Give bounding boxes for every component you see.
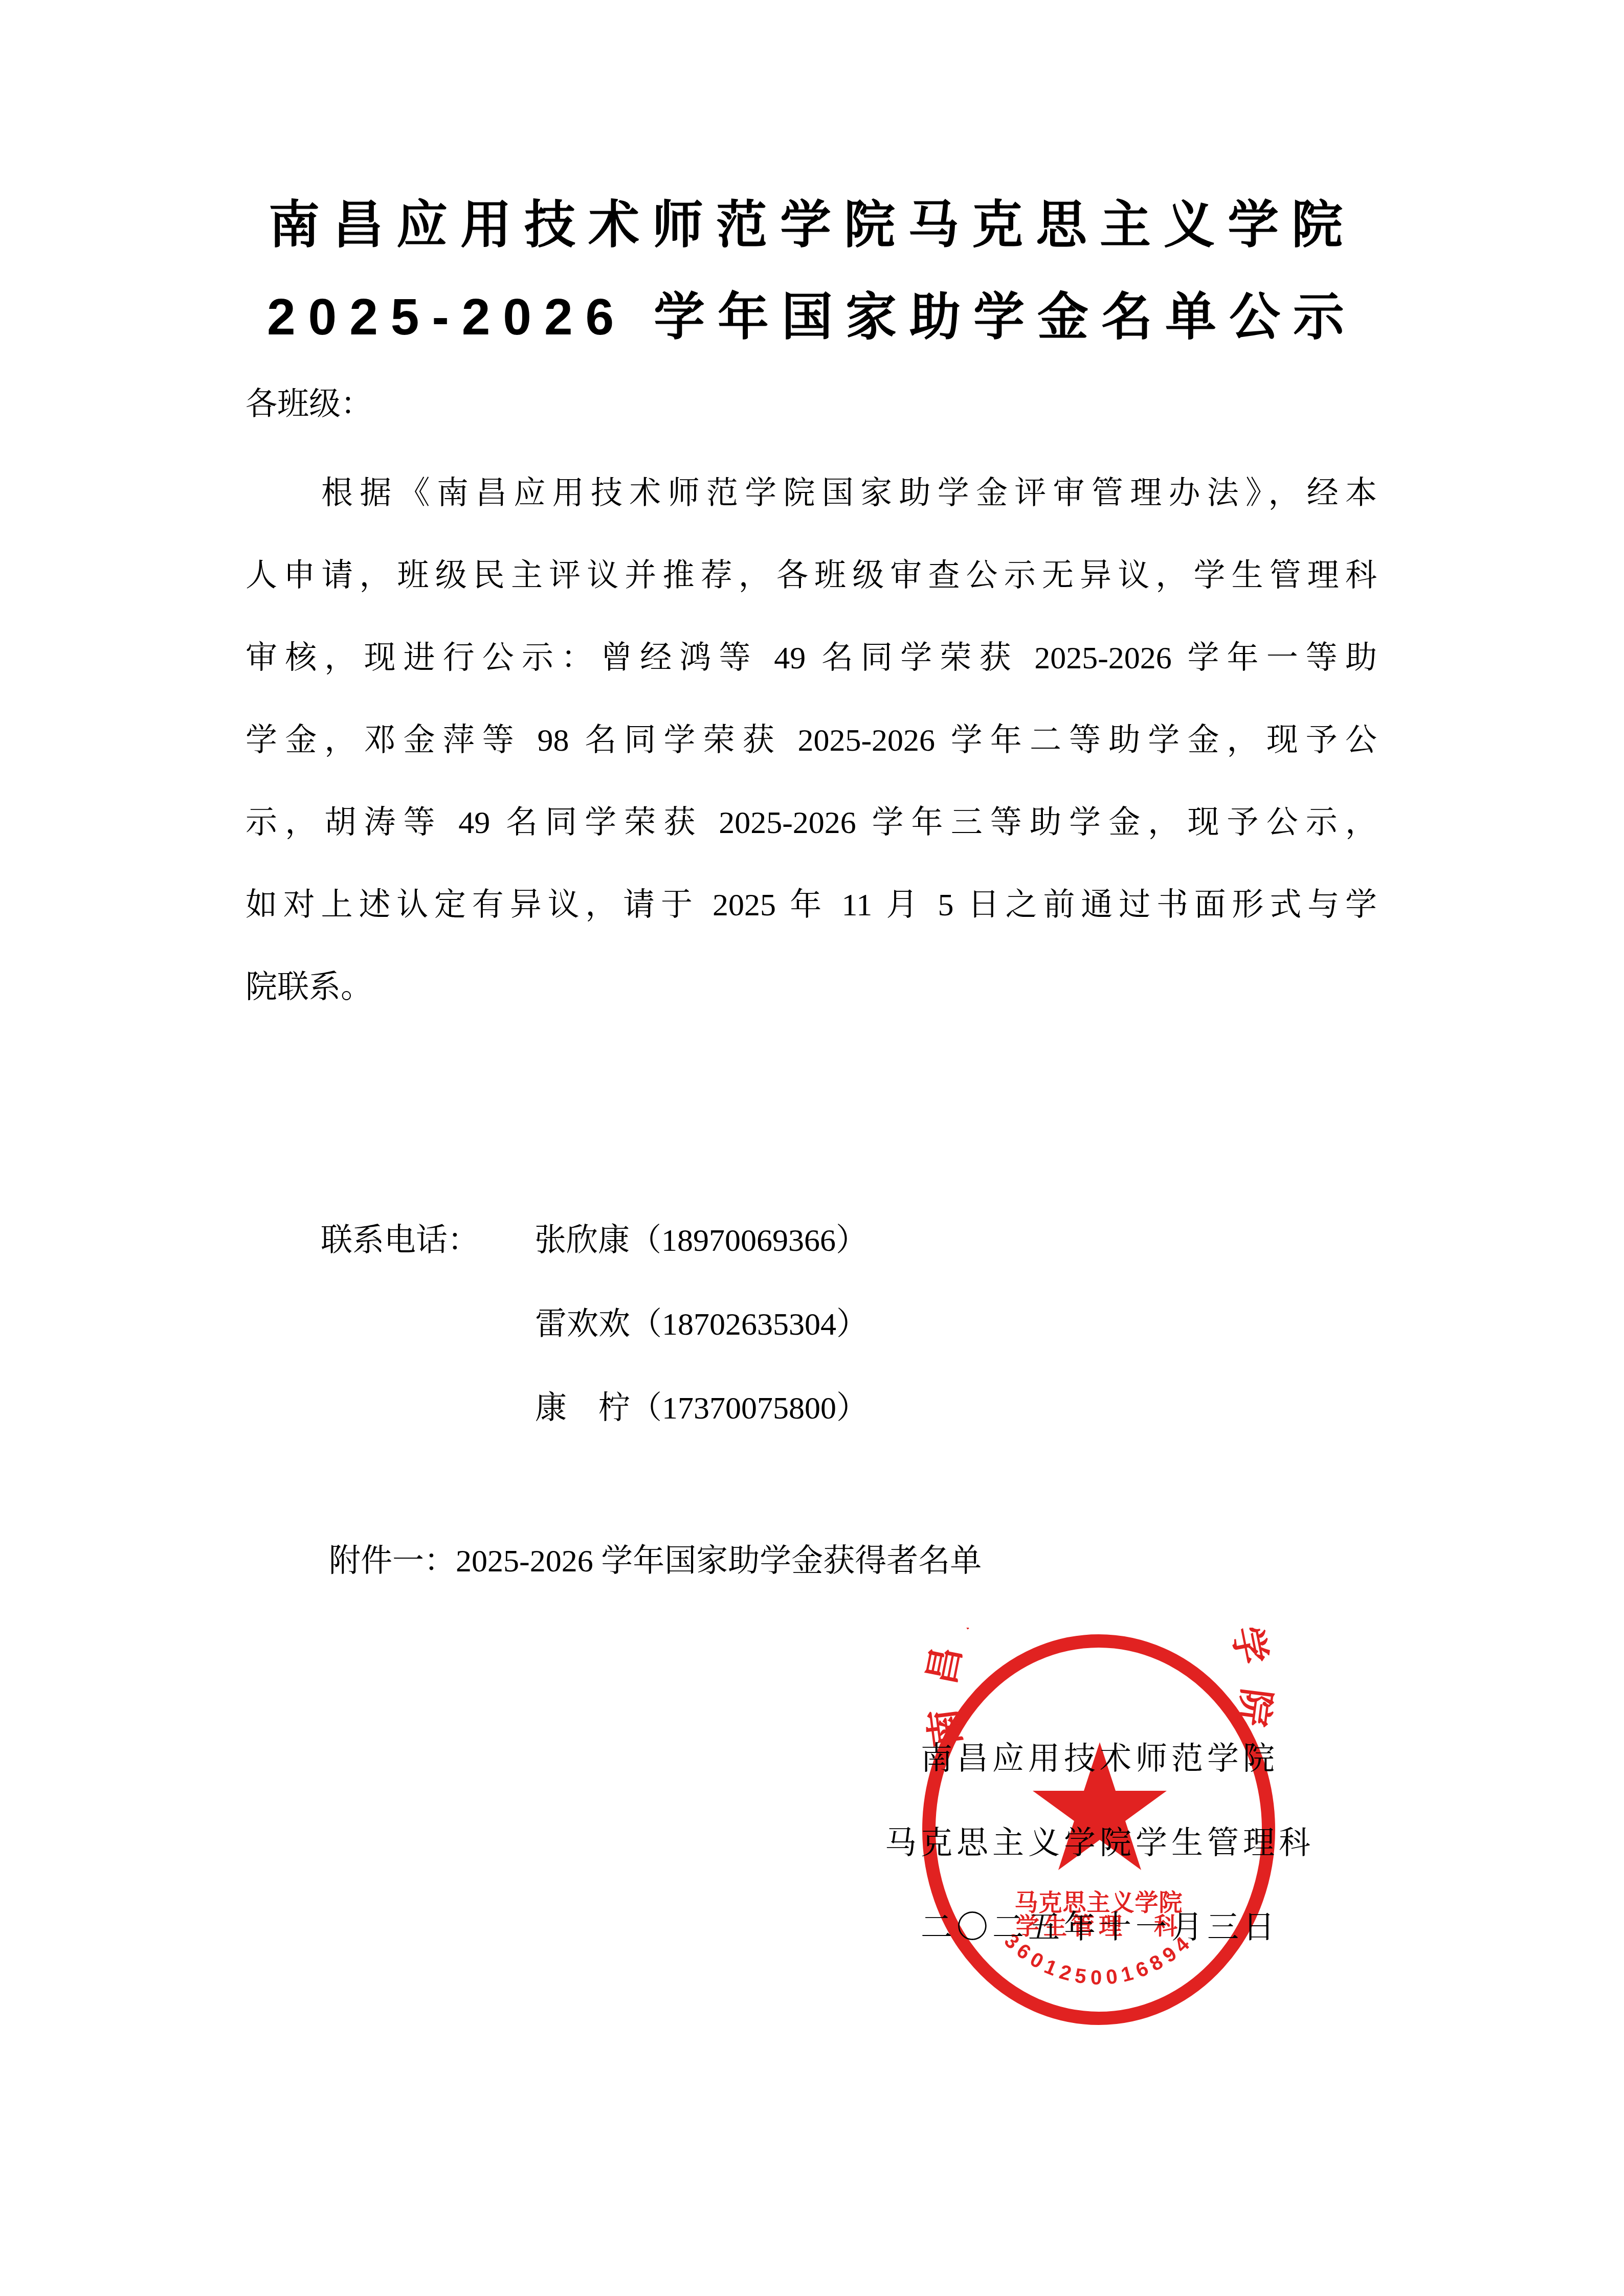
contact-entry: 张欣康（18970069366）: [535, 1223, 867, 1258]
body-line: 示，胡涛等 49 名同学荣获 2025-2026 学年三等助学金，现予公示，: [246, 782, 1377, 864]
salutation: 各班级：: [246, 364, 372, 446]
document-page: 南昌应用技术师范学院马克思主义学院 2025-2026 学年国家助学金名单公示 …: [0, 0, 1624, 2296]
body-line: 根据《南昌应用技术师范学院国家助学金评审管理办法》，经本: [246, 453, 1377, 535]
signature-date: 二〇二五年十一月三日: [818, 1886, 1381, 1970]
document-title: 南昌应用技术师范学院马克思主义学院 2025-2026 学年国家助学金名单公示: [0, 179, 1624, 363]
body-line: 人申请，班级民主评议并推荐，各班级审查公示无异议，学生管理科: [246, 535, 1377, 617]
body-line: 如对上述认定有异议，请于 2025 年 11 月 5 日之前通过书面形式与学: [246, 864, 1377, 947]
body-line: 审核，现进行公示：曾经鸿等 49 名同学荣获 2025-2026 学年一等助: [246, 617, 1377, 700]
signature-block: 南昌应用技术师范学院 马克思主义学院学生管理科 二〇二五年十一月三日: [818, 1717, 1381, 1970]
signature-university: 南昌应用技术师范学院: [818, 1717, 1381, 1802]
contact-label: 联系电话：: [321, 1223, 479, 1258]
contact-entry: 康 柠（17370075800）: [321, 1366, 868, 1450]
contact-entry: 雷欢欢（18702635304）: [321, 1282, 868, 1366]
contact-section: 联系电话：张欣康（18970069366） 雷欢欢（18702635304） 康…: [321, 1199, 868, 1450]
body-paragraph: 根据《南昌应用技术师范学院国家助学金评审管理办法》，经本 人申请，班级民主评议并…: [246, 453, 1377, 1029]
body-line: 院联系。: [246, 947, 1377, 1029]
contact-line: 联系电话：张欣康（18970069366）: [321, 1199, 868, 1282]
attachment-line: 附件一：2025-2026 学年国家助学金获得者名单: [329, 1519, 982, 1603]
title-line1: 南昌应用技术师范学院马克思主义学院: [0, 179, 1624, 271]
body-line: 学金，邓金萍等 98 名同学荣获 2025-2026 学年二等助学金，现予公: [246, 700, 1377, 782]
signature-department: 马克思主义学院学生管理科: [818, 1802, 1381, 1886]
title-line2: 2025-2026 学年国家助学金名单公示: [0, 271, 1624, 363]
